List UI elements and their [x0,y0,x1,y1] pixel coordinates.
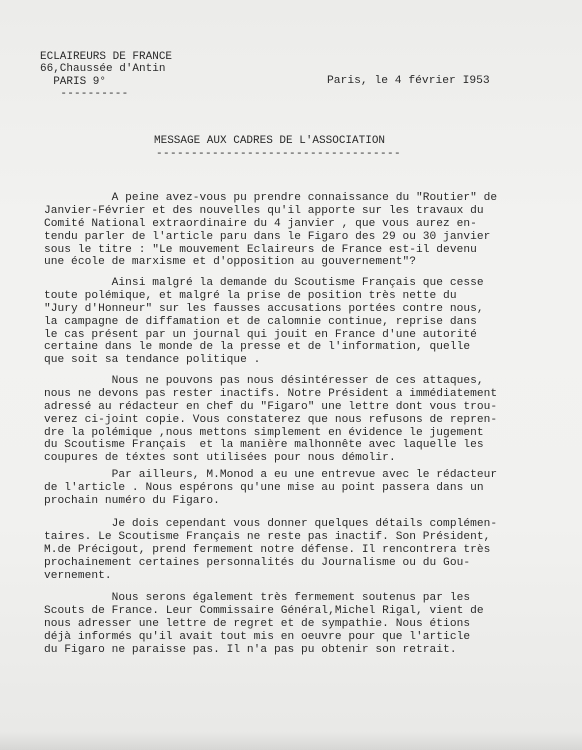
letter-page: ECLAIREURS DE FRANCE 66,Chaussée d'Antin… [0,0,582,750]
text-line: une école de marxisme et d'opposition au… [44,256,574,269]
paragraph-4: Par ailleurs, M.Monod a eu une entrevue … [44,469,574,508]
text-line: Par ailleurs, M.Monod a eu une entrevue … [44,469,574,482]
text-line: déjà informés qu'il avait tout mis en oe… [44,631,574,644]
text-line: nous adresser une lettre de regret et de… [44,618,574,631]
paragraph-6: Nous serons également très fermement sou… [44,592,574,656]
text-line: toute polémique, et malgré la prise de p… [44,290,574,303]
text-line: certaine dans le monde de la presse et d… [44,341,574,354]
text-line: Scouts de France. Leur Commissaire Génér… [44,605,574,618]
text-line: la campagne de diffamation et de calomni… [44,316,574,329]
sender-letterhead: ECLAIREURS DE FRANCE 66,Chaussée d'Antin… [40,51,172,100]
text-line: dre la polémique ,nous mettons simplemen… [44,427,574,440]
paragraph-1: A peine avez-vous pu prendre connaissanc… [44,192,574,269]
text-line: taires. Le Scoutisme Français ne reste p… [44,531,574,544]
text-line: Ainsi malgré la demande du Scoutisme Fra… [44,277,574,290]
text-line: vernement. [44,570,574,583]
text-line: Nous serons également très fermement sou… [44,592,574,605]
text-line: coupures de téxtes sont utilisées pour n… [44,452,574,465]
letter-date: Paris, le 4 février I953 [327,75,490,87]
text-line: "Jury d'Honneur" sur les fausses accusat… [44,303,574,316]
text-line: Comité National extraordinaire du 4 janv… [44,218,574,231]
text-line: nous ne devons pas rester inactifs. Notr… [44,388,574,401]
text-line: sous le titre : "Le mouvement Eclaireurs… [44,244,574,257]
text-line: A peine avez-vous pu prendre connaissanc… [44,192,574,205]
paragraph-5: Je dois cependant vous donner quelques d… [44,518,574,582]
text-line: adressé au rédacteur en chef du "Figaro"… [44,401,574,414]
paragraph-3: Nous ne pouvons pas nous désintéresser d… [44,375,574,465]
text-line: du Scoutisme Français et la manière malh… [44,439,574,452]
sender-address: 66,Chaussée d'Antin [40,63,172,75]
text-line: prochainement certaines personnalités du… [44,557,574,570]
text-line: prochain numéro du Figaro. [44,495,574,508]
text-line: Janvier-Février et des nouvelles qu'il a… [44,205,574,218]
sender-city: PARIS 9° [40,76,172,88]
paragraph-2: Ainsi malgré la demande du Scoutisme Fra… [44,277,574,367]
text-line: Nous ne pouvons pas nous désintéresser d… [44,375,574,388]
text-line: du Figaro ne paraisse pas. Il n'a pas pu… [44,644,574,657]
title-underline: ----------------------------------- [156,148,401,160]
text-line: le cas présent par un journal qui jouit … [44,329,574,342]
text-line: tendu parler de l'article paru dans le F… [44,231,574,244]
text-line: que soit sa tendance politique . [44,354,574,367]
sender-organization: ECLAIREURS DE FRANCE [40,51,172,63]
sender-underline: ---------- [40,88,172,100]
text-line: verez ci-joint copie. Vous constaterez q… [44,414,574,427]
text-line: M.de Précigout, prend fermement notre dé… [44,544,574,557]
text-line: Je dois cependant vous donner quelques d… [44,518,574,531]
text-line: de l'article . Nous espérons qu'une mise… [44,482,574,495]
letter-title: MESSAGE AUX CADRES DE L'ASSOCIATION [154,135,385,147]
